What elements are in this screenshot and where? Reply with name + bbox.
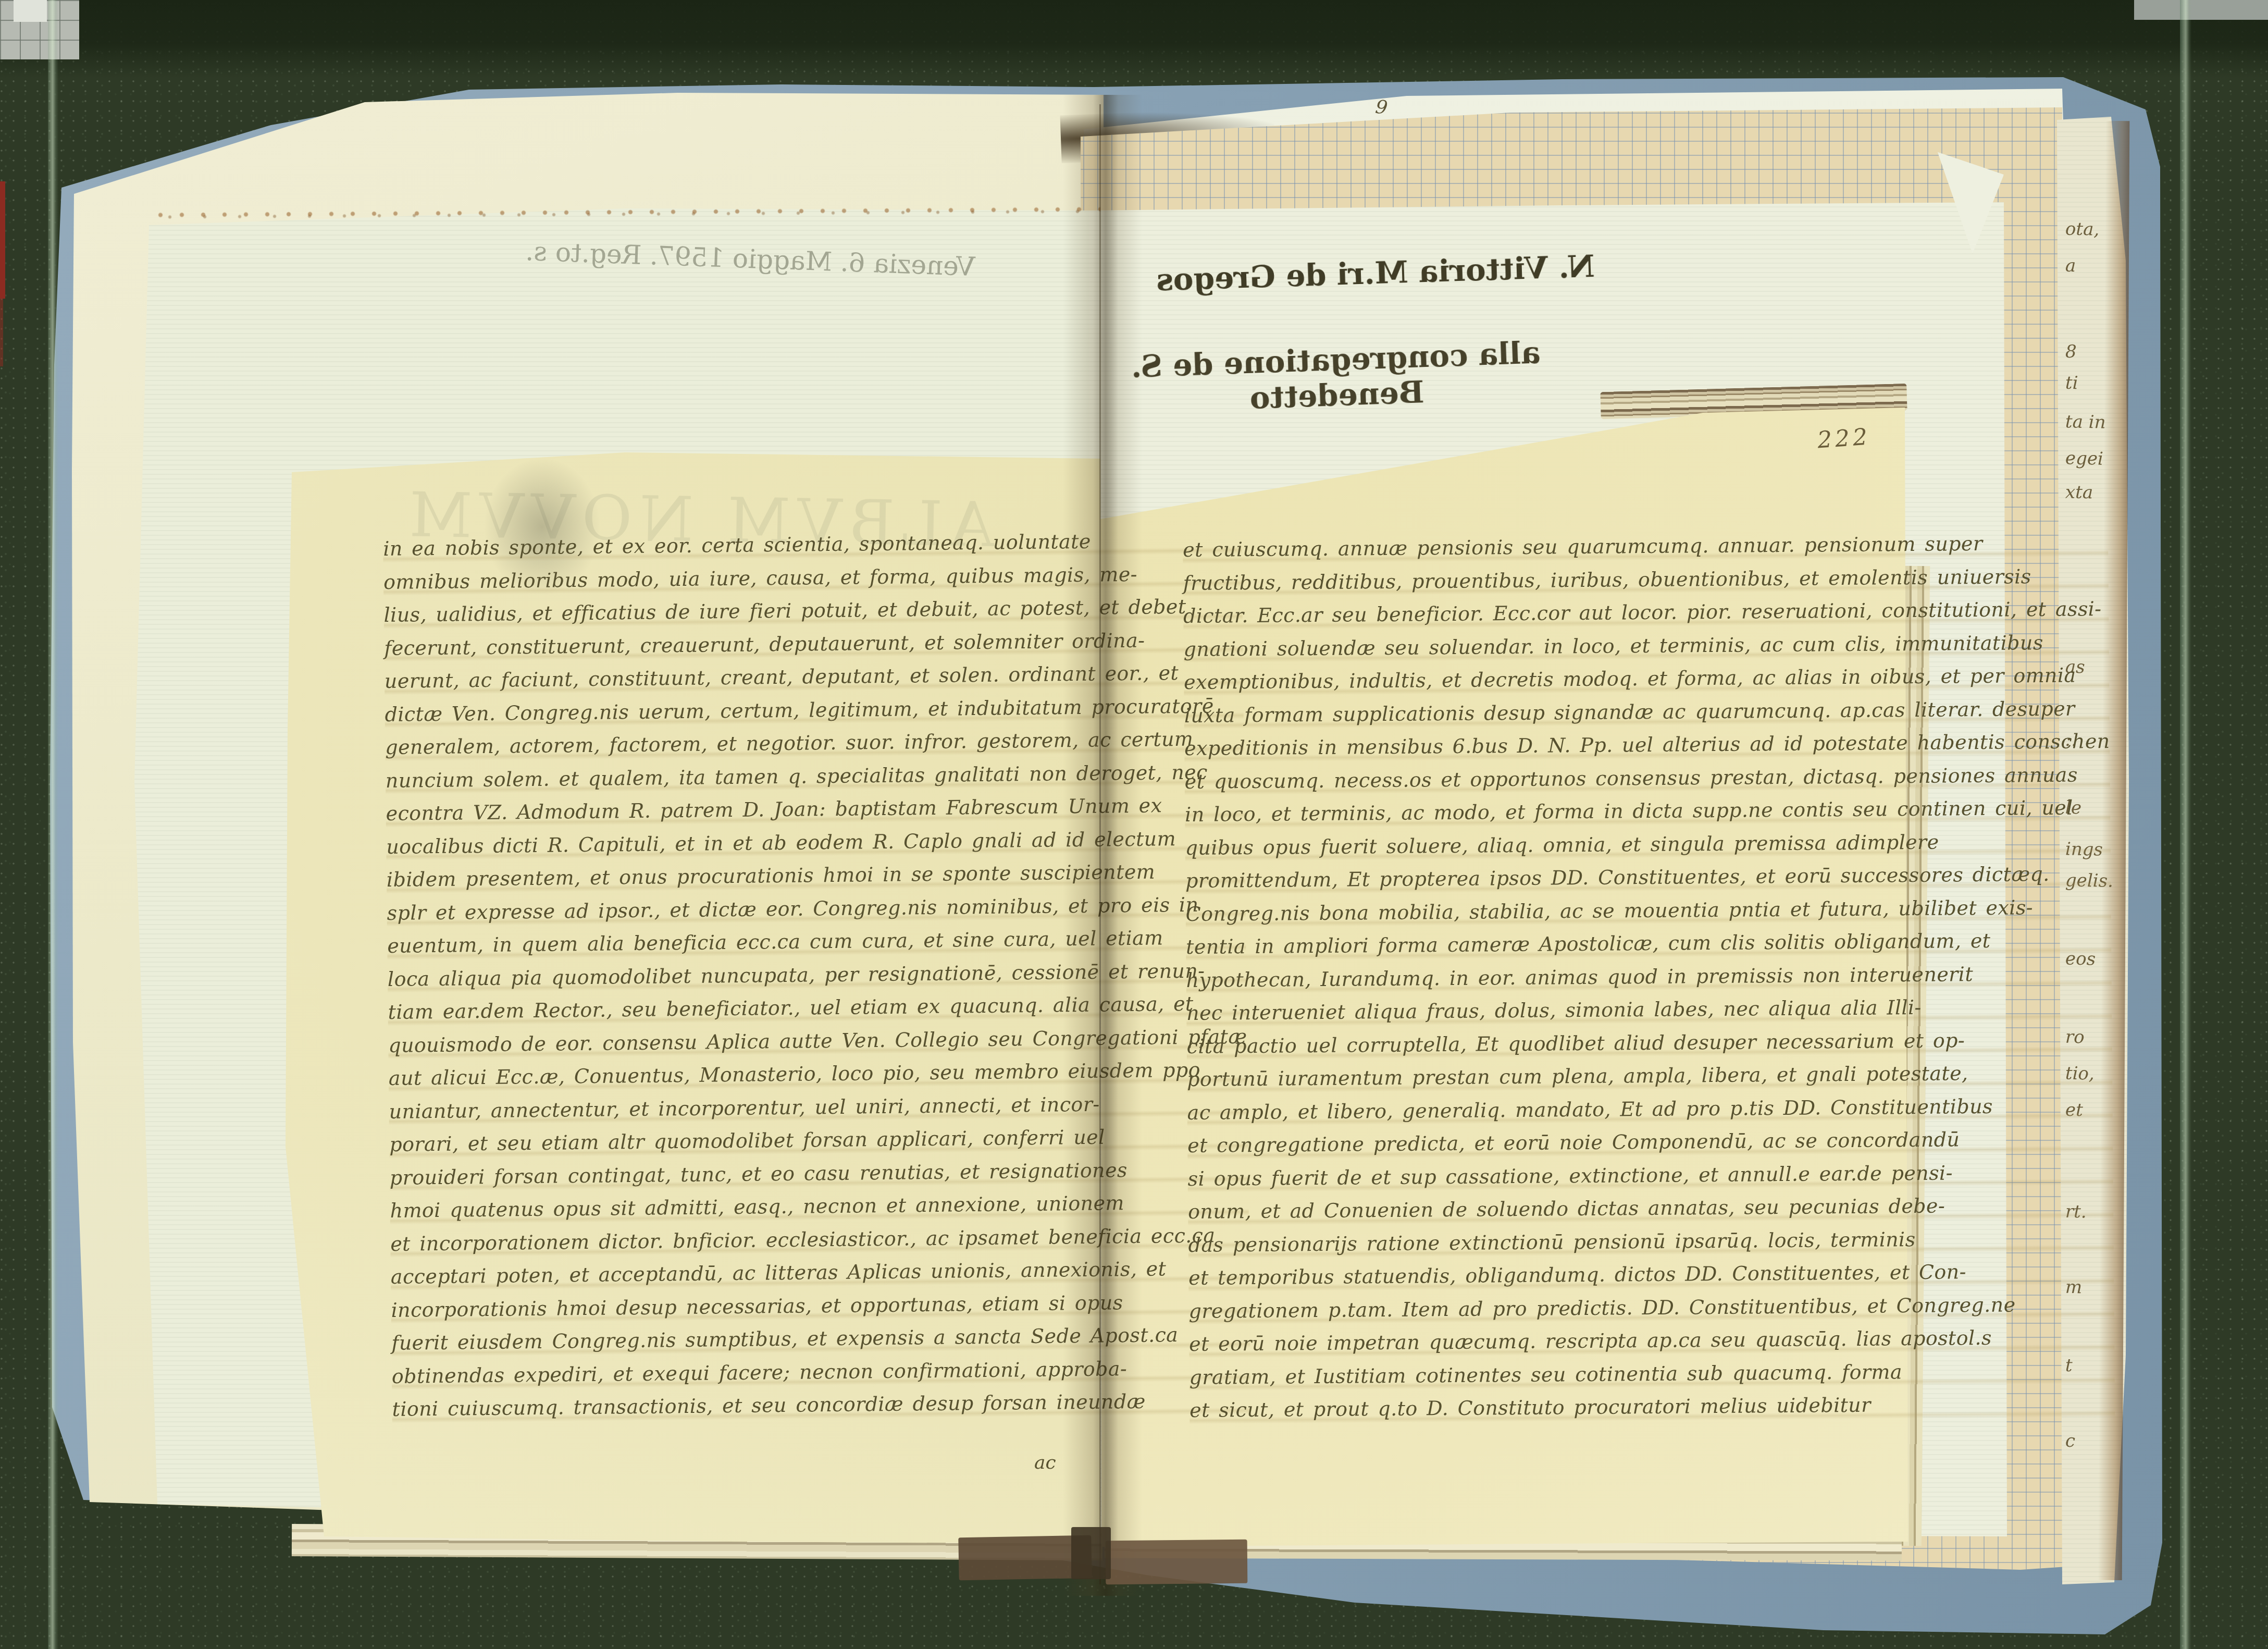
glass-plate-edge-left [48, 0, 58, 1649]
edge-text-fragment: xta [2065, 482, 2093, 503]
red-book-edge-sliver [0, 181, 5, 299]
edge-text-fragment: ta in [2065, 411, 2106, 433]
edge-text-fragment: egei [2065, 448, 2104, 469]
catchword: ac [1034, 1452, 1056, 1473]
binding-tape-right [1106, 1540, 1248, 1584]
edge-text-fragment: ti [2065, 373, 2078, 393]
red-book-edge-sliver-faint [0, 299, 3, 366]
gutter-crease-line [1099, 104, 1101, 1584]
folio-number: 222 [1816, 424, 1871, 454]
edge-text-fragment: c [2065, 1431, 2076, 1451]
binding-tape-dark [1071, 1527, 1111, 1579]
table-edge-strip [2134, 0, 2268, 20]
edge-text-fragment: 8 [2065, 341, 2077, 362]
manuscript-photograph: Venezia 6. Maggio 1597. Reg.to s. N. Vit… [0, 0, 2268, 1649]
glass-plate-edge-right [2180, 0, 2191, 1649]
edge-text-fragment: ota, [2065, 218, 2100, 240]
edge-text-fragment: a [2065, 255, 2076, 276]
background-shadow-band [0, 0, 2268, 78]
right-page-text-block: et cuiuscumq. annuæ pensionis seu quarum… [1183, 526, 2115, 1427]
gutter-shadow [1063, 95, 1142, 1596]
calibration-white-patch [14, 0, 47, 22]
